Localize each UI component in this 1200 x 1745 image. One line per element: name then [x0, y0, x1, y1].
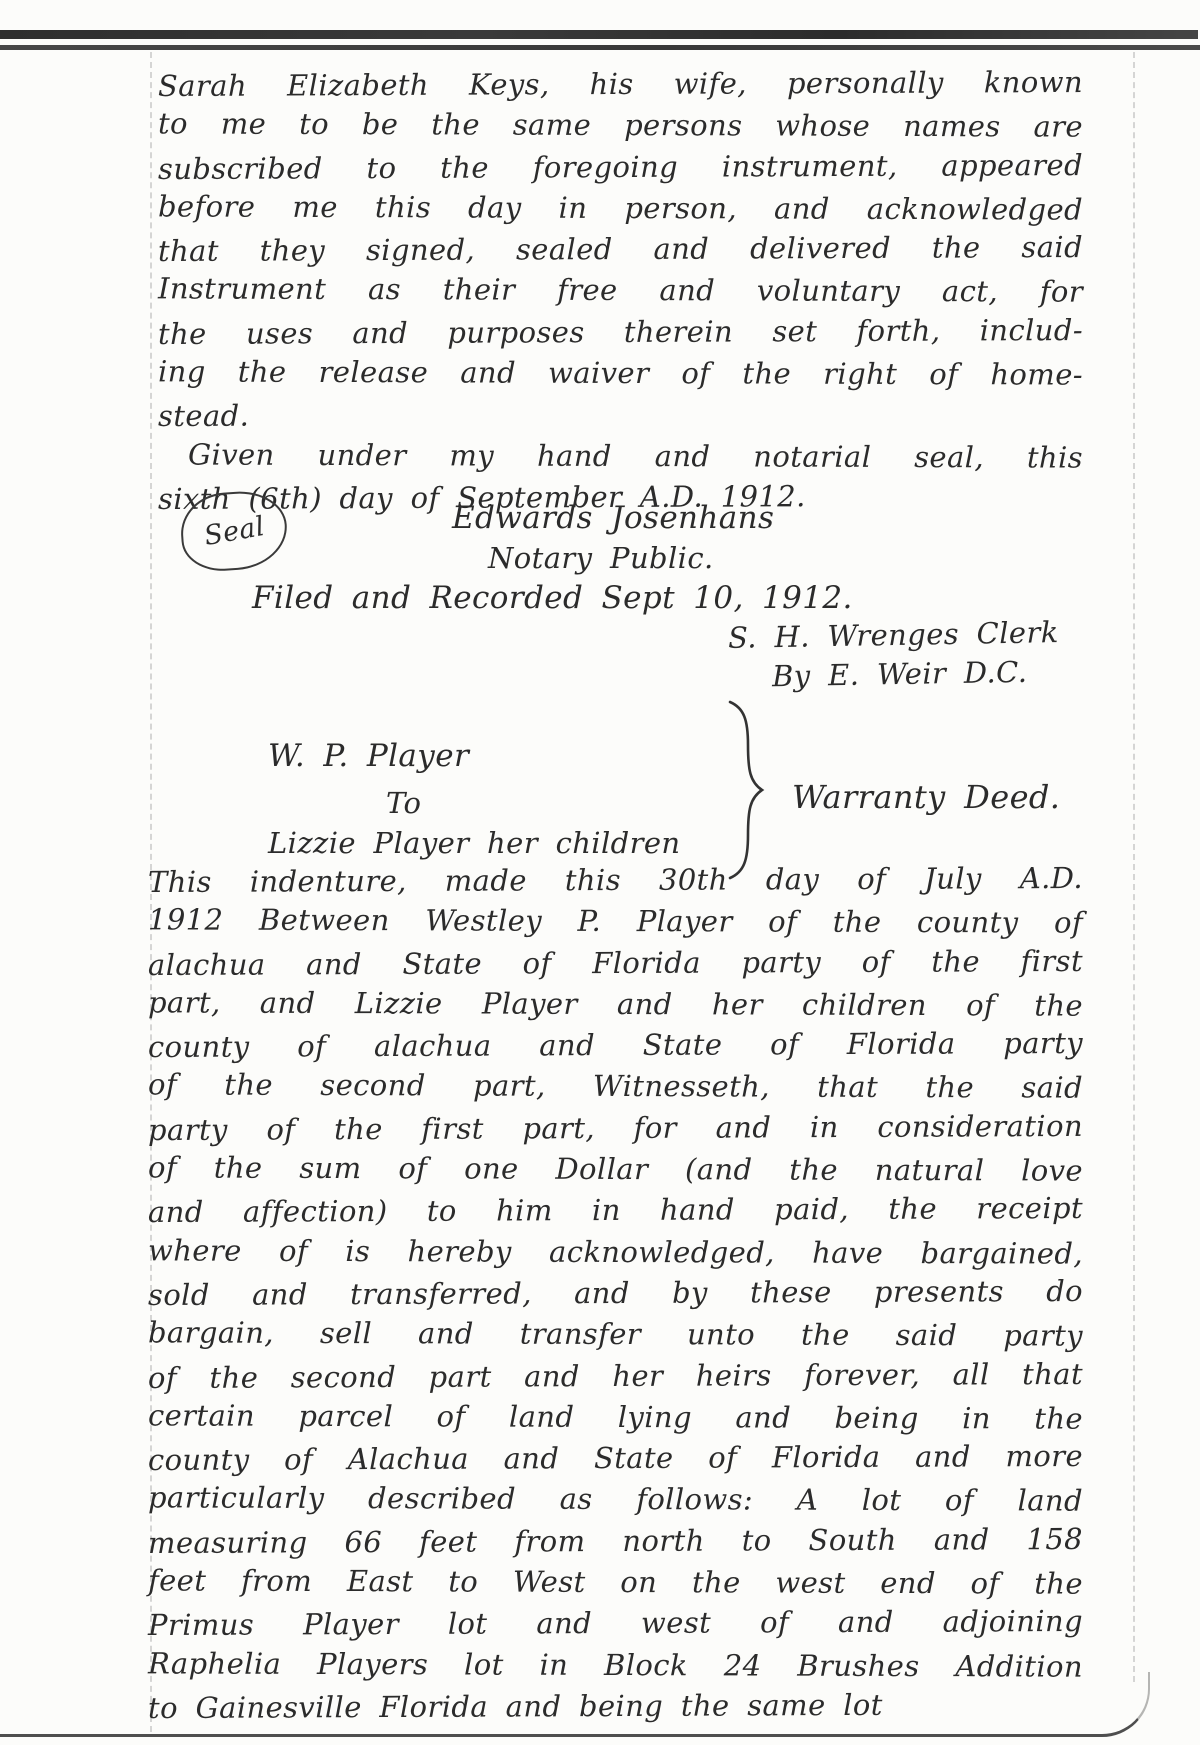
- handwritten-line: sold and transferred, and by these prese…: [148, 1271, 1083, 1316]
- handwritten-line: particularly described as follows: A lot…: [148, 1478, 1083, 1523]
- instrument-type: Warranty Deed.: [792, 778, 1060, 816]
- handwritten-line: that they signed, sealed and delivered t…: [158, 227, 1083, 272]
- handwritten-line: county of Alachua and State of Florida a…: [148, 1436, 1083, 1481]
- handwritten-line: subscribed to the foregoing instrument, …: [158, 145, 1083, 190]
- deed-body-paragraph: This indenture, made this 30th day of Ju…: [148, 860, 1083, 1727]
- caption-brace: [722, 700, 766, 880]
- handwritten-line: ing the release and waiver of the right …: [158, 351, 1083, 396]
- handwritten-line: Instrument as their free and voluntary a…: [158, 269, 1083, 314]
- grantor-name: W. P. Player: [268, 738, 469, 774]
- grantee-name: Lizzie Player her children: [268, 826, 681, 860]
- handwritten-line: certain parcel of land lying and being i…: [148, 1395, 1083, 1440]
- scanned-deed-page: Sarah Elizabeth Keys, his wife, personal…: [0, 0, 1200, 1745]
- handwritten-line: and affection) to him in hand paid, the …: [148, 1188, 1083, 1233]
- scan-edge-band: [0, 30, 1198, 39]
- handwritten-line: to me to be the same persons whose names…: [158, 104, 1083, 149]
- handwritten-line: Raphelia Players lot in Block 24 Brushes…: [148, 1643, 1083, 1688]
- handwritten-line: to Gainesville Florida and being the sam…: [148, 1684, 1083, 1729]
- notary-title: Notary Public.: [488, 541, 714, 575]
- handwritten-line: Given under my hand and notarial seal, t…: [158, 434, 1083, 479]
- filed-recorded-line: Filed and Recorded Sept 10, 1912.: [252, 580, 853, 616]
- handwritten-line: stead.: [158, 392, 1083, 437]
- acknowledgment-paragraph: Sarah Elizabeth Keys, his wife, personal…: [158, 64, 1083, 518]
- handwritten-line: 1912 Between Westley P. Player of the co…: [148, 900, 1083, 945]
- handwritten-line: of the second part, Witnesseth, that the…: [148, 1065, 1083, 1110]
- scan-edge-band: [0, 45, 1200, 50]
- clerk-signature: S. H. Wrenges Clerk: [728, 615, 1059, 655]
- handwritten-line: part, and Lizzie Player and her children…: [148, 982, 1083, 1027]
- handwritten-line: before me this day in person, and acknow…: [158, 186, 1083, 231]
- handwritten-line: This indenture, made this 30th day of Ju…: [148, 858, 1083, 903]
- notary-signature: Edwards Josenhans: [452, 500, 774, 536]
- handwritten-line: party of the first part, for and in cons…: [148, 1106, 1083, 1151]
- handwritten-line: measuring 66 feet from north to South an…: [148, 1519, 1083, 1564]
- handwritten-line: alachua and State of Florida party of th…: [148, 941, 1083, 986]
- seal-label: Seal: [201, 510, 266, 551]
- handwritten-line: Sarah Elizabeth Keys, his wife, personal…: [158, 62, 1083, 107]
- handwritten-line: where of is hereby acknowledged, have ba…: [148, 1230, 1083, 1275]
- handwritten-line: of the second part and her heirs forever…: [148, 1354, 1083, 1399]
- handwritten-line: of the sum of one Dollar (and the natura…: [148, 1147, 1083, 1192]
- right-margin-rule: [1133, 52, 1135, 1682]
- handwritten-line: feet from East to West on the west end o…: [148, 1560, 1083, 1605]
- deputy-clerk-signature: By E. Weir D.C.: [772, 655, 1028, 693]
- handwritten-line: the uses and purposes therein set forth,…: [158, 310, 1083, 355]
- handwritten-line: bargain, sell and transfer unto the said…: [148, 1313, 1083, 1358]
- handwritten-line: Primus Player lot and west of and adjoin…: [148, 1601, 1083, 1646]
- handwritten-line: county of alachua and State of Florida p…: [148, 1023, 1083, 1068]
- caption-connector: To: [386, 786, 421, 820]
